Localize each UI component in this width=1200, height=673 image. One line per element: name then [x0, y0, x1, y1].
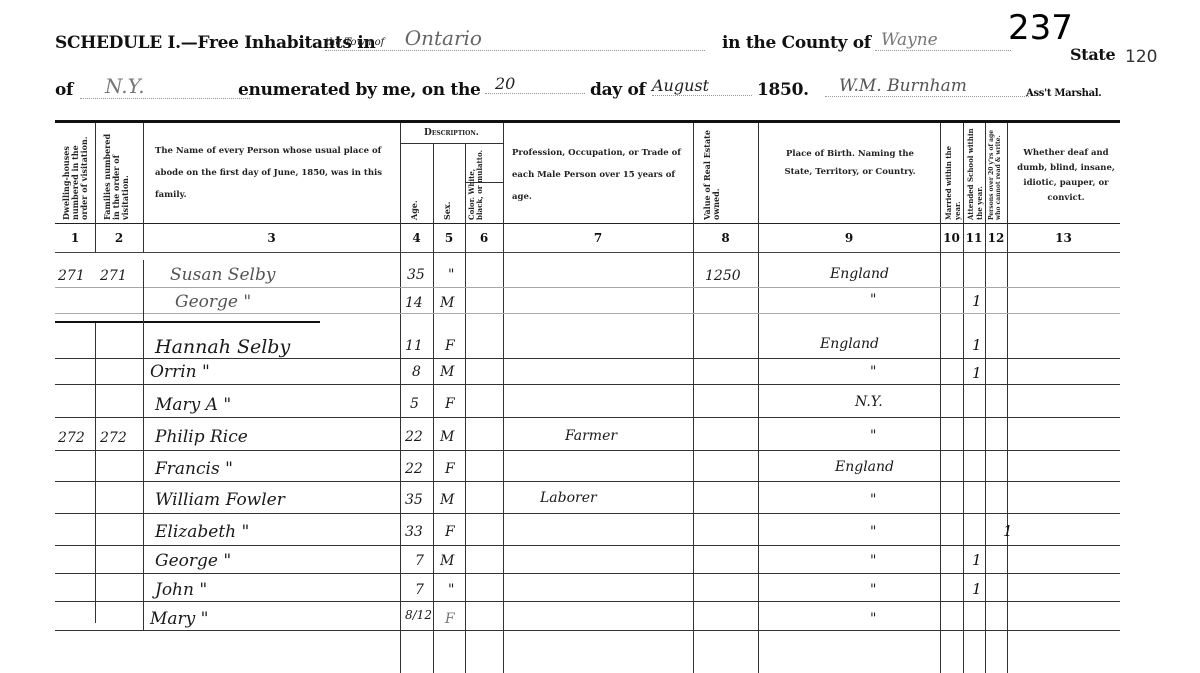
row-name: Francis ": [155, 459, 233, 479]
col-divider: [433, 143, 434, 673]
row-birthplace: England: [830, 266, 889, 282]
row-age: 7: [415, 582, 424, 598]
col5-number: 5: [433, 231, 465, 245]
row-birthplace: ": [870, 428, 876, 444]
row-school-mark: 1: [972, 364, 982, 382]
row-name: Philip Rice: [155, 427, 248, 447]
row-birthplace: ": [870, 292, 876, 308]
col4-header: Age.: [410, 195, 419, 220]
row-rule: [55, 287, 1120, 288]
col-divider: [503, 123, 504, 673]
year-label: 1850.: [757, 80, 809, 100]
row-rule: [55, 573, 1120, 574]
state-label: State: [1070, 45, 1115, 64]
row-rule: [55, 450, 1120, 451]
row-birthplace: ": [870, 492, 876, 508]
col2-number: 2: [95, 231, 143, 245]
row-sex: M: [440, 429, 454, 445]
row-birthplace: England: [835, 459, 894, 475]
row-sex: F: [445, 396, 455, 412]
town-value: Ontario: [405, 26, 482, 50]
row-name: John ": [155, 580, 207, 600]
day-of-label: day of: [590, 80, 646, 100]
row-sex: M: [440, 364, 454, 380]
col-divider: [693, 123, 694, 673]
col3-header: The Name of every Person whose usual pla…: [155, 140, 390, 206]
col10-header: Married within the year.: [944, 128, 960, 220]
row-age: 14: [405, 295, 423, 311]
day-field: 20: [485, 74, 585, 94]
of-label: of: [55, 80, 73, 100]
row-school-mark: 1: [972, 551, 982, 569]
row-age: 8/12: [405, 608, 432, 622]
col8-number: 8: [693, 231, 758, 245]
row-sex: F: [445, 611, 455, 627]
row-rule: [55, 601, 1120, 602]
row-age: 35: [405, 492, 423, 508]
state-field: N.Y.: [80, 74, 250, 99]
town-prefix: the Town of: [325, 37, 384, 48]
col4-number: 4: [400, 231, 433, 245]
row-name: Mary A ": [155, 395, 231, 415]
col13-number: 13: [1007, 231, 1120, 245]
row-name: George ": [175, 292, 251, 312]
col-divider: [465, 143, 466, 673]
row-sex: M: [440, 295, 454, 311]
row-birthplace: N.Y.: [855, 394, 883, 410]
marshal-signature: W.M. Burnham: [825, 76, 1029, 97]
row-occupation: Laborer: [540, 490, 597, 506]
town-field: the Town of Ontario: [325, 26, 705, 51]
col7-number: 7: [503, 231, 693, 245]
col12-header: Persons over 20 y'rs of age who cannot r…: [988, 128, 1004, 220]
row-sex: F: [445, 461, 455, 477]
row-birthplace: ": [870, 611, 876, 627]
row-sex: M: [440, 492, 454, 508]
col-divider: [963, 123, 964, 673]
marshal-label: Ass't Marshal.: [1026, 88, 1101, 99]
row-age: 22: [405, 461, 423, 477]
row-birthplace: ": [870, 524, 876, 540]
col-divider: [400, 123, 401, 673]
row-name: Elizabeth ": [155, 522, 249, 542]
row-birthplace: England: [820, 336, 879, 352]
row-sex: F: [445, 524, 455, 540]
row-age: 22: [405, 429, 423, 445]
row-rule: [55, 417, 1120, 418]
row-rule: [55, 384, 1120, 385]
county-label: in the County of: [722, 33, 871, 53]
row-name: Susan Selby: [170, 265, 275, 285]
col2-header: Families numbered in the order of visita…: [103, 128, 137, 220]
row-rule: [55, 481, 1120, 482]
col6-number: 6: [465, 231, 503, 245]
header-bottom-rule: [55, 223, 1120, 224]
row-birthplace: ": [870, 582, 876, 598]
col-divider: [985, 123, 986, 673]
row-dwelling: 272: [58, 430, 85, 446]
page-stamp: 120: [1125, 47, 1157, 67]
col-divider: [940, 123, 941, 673]
row-school-mark: 1: [972, 580, 982, 598]
row-rule: [55, 545, 1120, 546]
col6-header: Color. White, black, or mulatto.: [468, 146, 500, 220]
col-divider: [1007, 123, 1008, 673]
enumerated-label: enumerated by me, on the: [238, 80, 481, 100]
col10-number: 10: [940, 231, 963, 245]
page-number: 237: [1008, 8, 1073, 48]
row-school-mark: 1: [972, 336, 982, 354]
col11-header: Attended School within the year.: [966, 128, 982, 220]
col-divider: [143, 260, 144, 630]
row-occupation: Farmer: [565, 428, 617, 444]
col-divider: [95, 323, 96, 623]
col-divider: [758, 123, 759, 673]
number-row-bottom-rule: [55, 252, 1120, 253]
col9-header: Place of Birth. Naming the State, Territ…: [775, 145, 925, 181]
row-age: 5: [410, 396, 419, 412]
row-sex: M: [440, 553, 454, 569]
row-sex: ": [448, 267, 454, 283]
row-age: 8: [412, 364, 421, 380]
col13-header: Whether deaf and dumb, blind, insane, id…: [1012, 146, 1120, 206]
row-age: 7: [415, 553, 424, 569]
row-age: 11: [405, 338, 423, 354]
col12-number: 12: [985, 231, 1007, 245]
row-name: William Fowler: [155, 490, 285, 510]
col1-number: 1: [55, 231, 95, 245]
row-real-estate: 1250: [705, 268, 741, 284]
row-school-mark: 1: [972, 292, 982, 310]
row-rule: [55, 630, 1120, 631]
col7-header: Profession, Occupation, or Trade of each…: [512, 142, 682, 208]
row-rule: [55, 513, 1120, 514]
row-cannot-read-mark: 1: [1003, 522, 1013, 540]
county-field: Wayne: [875, 30, 1011, 51]
row-birthplace: ": [870, 553, 876, 569]
row-name: George ": [155, 551, 231, 571]
row-age: 35: [407, 267, 425, 283]
col5-header: Sex.: [443, 195, 452, 220]
row-family: 271: [100, 268, 127, 284]
row-name: Orrin ": [150, 362, 210, 382]
row-name: Mary ": [150, 609, 209, 629]
col3-number: 3: [143, 231, 400, 245]
row-family: 272: [100, 430, 127, 446]
row-birthplace: ": [870, 364, 876, 380]
description-header: Description.: [400, 126, 503, 141]
row-rule: [55, 358, 1120, 359]
row-rule: [55, 313, 1120, 314]
col11-number: 11: [963, 231, 985, 245]
description-subrule: [400, 143, 503, 144]
row-name: Hannah Selby: [155, 336, 290, 358]
row-sex: ": [448, 582, 454, 598]
row-dwelling: 271: [58, 268, 85, 284]
table-top-rule: [55, 120, 1120, 123]
row-sex: F: [445, 338, 455, 354]
col9-number: 9: [758, 231, 940, 245]
month-field: August: [652, 76, 752, 96]
col8-header: Value of Real Estate owned.: [703, 128, 725, 220]
col1-header: Dwelling-houses numbered in the order of…: [62, 128, 92, 220]
row-age: 33: [405, 524, 423, 540]
